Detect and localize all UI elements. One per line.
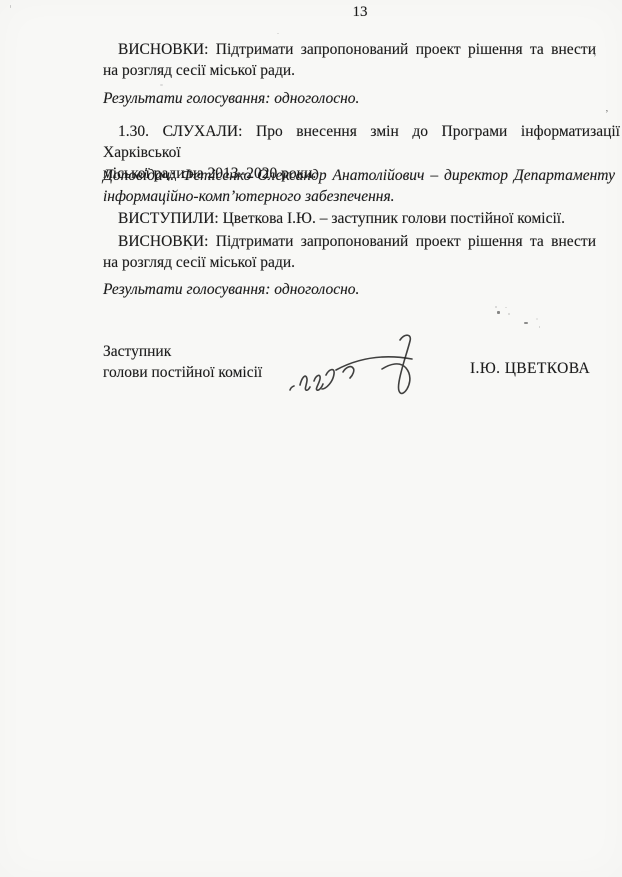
scan-speck [508, 313, 510, 315]
scan-speck [497, 311, 500, 314]
paragraph-conclusions-1: ВИСНОВКИ: Підтримати запропонований прое… [103, 39, 596, 81]
text-line: на розгляд сесії міської ради. [103, 60, 596, 81]
paragraph-speaker: Доповідач: Фетісенко Олександр Анатолійо… [103, 165, 615, 207]
paragraph-vote-result-1: Результати голосування: одноголосно. [103, 88, 603, 109]
scanned-document-page: 13 ВИСНОВКИ: Підтримати запропонований п… [0, 0, 622, 877]
scan-speck [536, 318, 538, 320]
text-line: Результати голосування: одноголосно. [103, 88, 603, 109]
text-line: ВИСТУПИЛИ: Цветкова І.Ю. – заступник гол… [103, 208, 613, 229]
paragraph-conclusions-2: ВИСНОВКИ: Підтримати запропонований прое… [103, 231, 596, 273]
scan-speck [277, 33, 279, 34]
text-line: інформаційно-комп’ютерного забезпечення. [103, 186, 615, 207]
text-line: Доповідач: Фетісенко Олександр Анатолійо… [103, 165, 615, 186]
text-line: 1.30. СЛУХАЛИ: Про внесення змін до Прог… [103, 121, 620, 163]
scan-speck [495, 306, 497, 308]
text-line: Результати голосування: одноголосно. [103, 279, 603, 300]
scan-speck [10, 5, 11, 8]
paragraph-vote-result-2: Результати голосування: одноголосно. [103, 279, 603, 300]
scan-speck [505, 307, 507, 308]
text-line: ВИСНОВКИ: Підтримати запропонований прое… [103, 231, 596, 252]
page-number: 13 [330, 4, 390, 21]
scan-artifact-tick: ’ [593, 52, 597, 64]
scan-artifact-tick: ’ [605, 108, 609, 120]
signature-role-title: Заступник голови постійної комісії [103, 341, 262, 383]
scan-speck [539, 326, 540, 328]
handwritten-signature-icon [286, 328, 426, 406]
paragraph-spoke: ВИСТУПИЛИ: Цветкова І.Ю. – заступник гол… [103, 208, 613, 229]
text-line: на розгляд сесії міської ради. [103, 252, 596, 273]
signature-name: І.Ю. ЦВЕТКОВА [470, 358, 590, 379]
scan-speck [190, 247, 192, 250]
text-line: голови постійної комісії [103, 362, 262, 383]
text-line: ВИСНОВКИ: Підтримати запропонований прое… [103, 39, 596, 60]
scan-speck [524, 322, 528, 324]
text-line: Заступник [103, 341, 262, 362]
scan-speck [160, 84, 163, 86]
